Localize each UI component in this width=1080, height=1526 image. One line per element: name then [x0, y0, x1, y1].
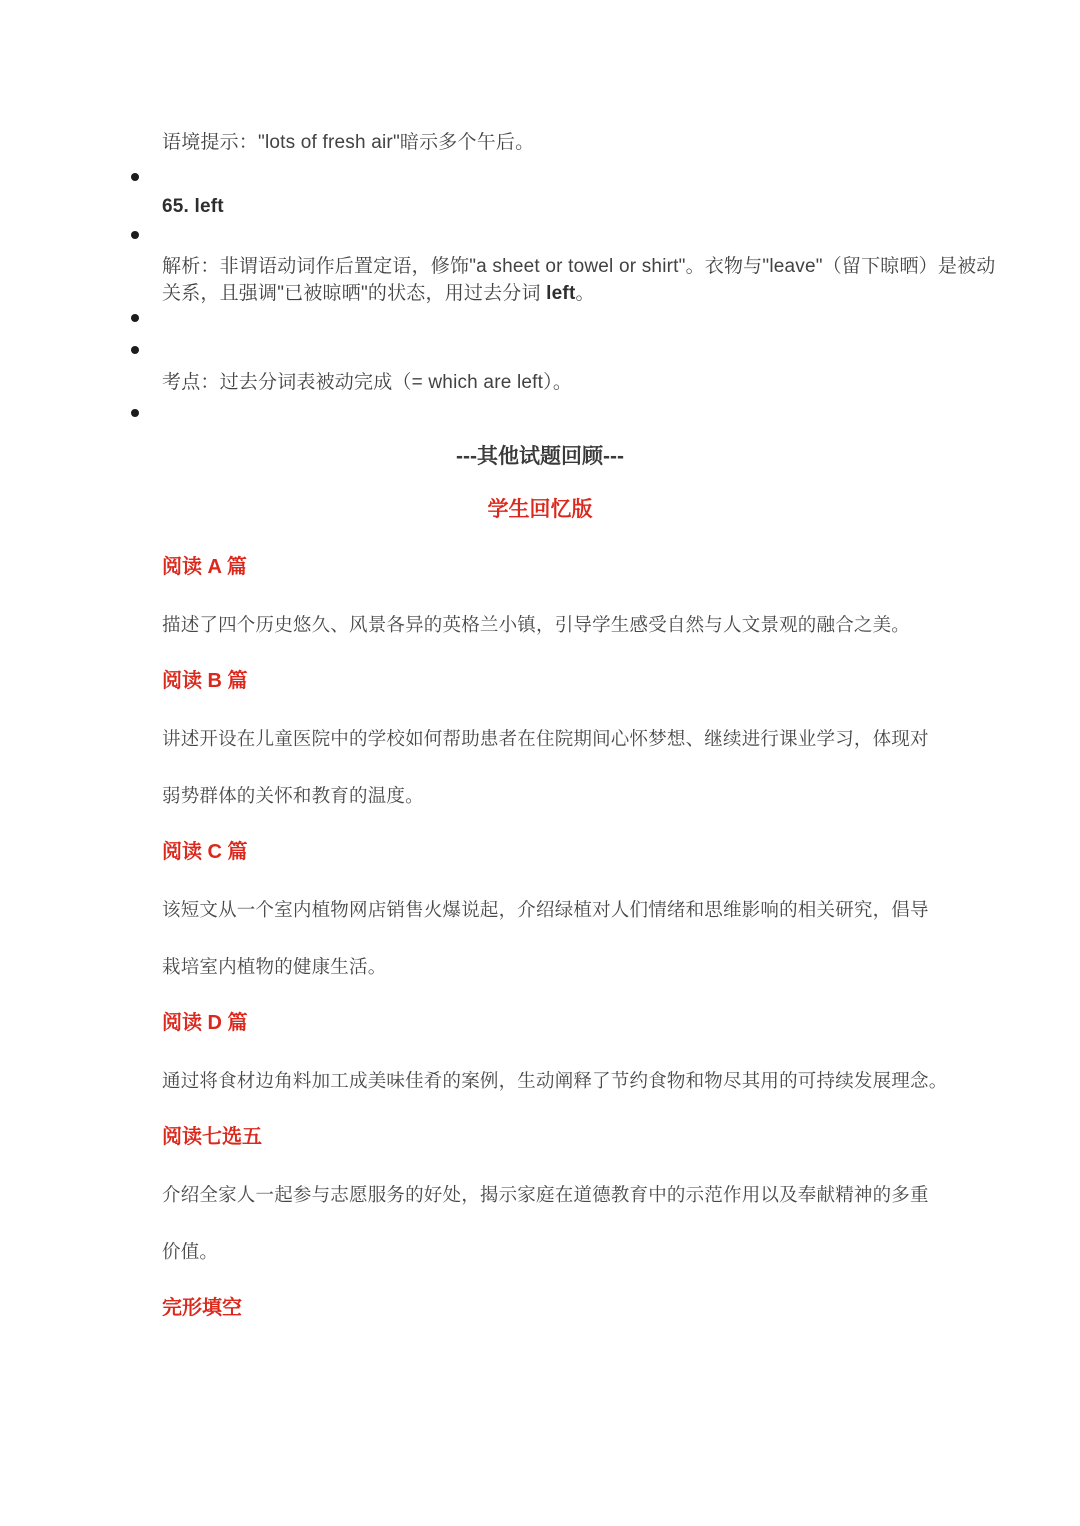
empty-list-item	[162, 173, 1060, 181]
recall-summary-line: 描述了四个历史悠久、风景各异的英格兰小镇，引导学生感受自然与人文景观的融合之美。	[162, 611, 1060, 638]
document-page: 语境提示："lots of fresh air"暗示多个午后。 65. left…	[0, 0, 1080, 1526]
answer-item-number: 65. left	[162, 193, 1060, 220]
recall-summary-line: 弱势群体的关怀和教育的温度。	[162, 782, 1060, 809]
recall-summary-line: 该短文从一个室内植物网店销售火爆说起，介绍绿植对人们情绪和思维影响的相关研究，倡…	[162, 896, 1060, 923]
analysis-line-2: 关系，且强调"已被晾晒"的状态，用过去分词 left。	[162, 280, 1060, 307]
analysis-line-2-text: 关系，且强调"已被晾晒"的状态，用过去分词	[162, 283, 546, 304]
empty-list-item	[162, 346, 1060, 354]
recall-summary-line: 通过将食材边角料加工成美味佳肴的案例，生动阐释了节约食物和物尽其用的可持续发展理…	[162, 1067, 1060, 1094]
recall-section: 阅读 A 篇描述了四个历史悠久、风景各异的英格兰小镇，引导学生感受自然与人文景观…	[162, 554, 1060, 1322]
analysis-keyword: left	[546, 283, 575, 304]
context-hint-paragraph: 语境提示："lots of fresh air"暗示多个午后。	[162, 129, 1060, 156]
recall-section-heading: 阅读七选五	[162, 1124, 1060, 1151]
empty-list-item	[162, 314, 1060, 322]
recall-summary-line: 讲述开设在儿童医院中的学校如何帮助患者在住院期间心怀梦想、继续进行课业学习，体现…	[162, 725, 1060, 752]
recall-section-heading: 完形填空	[162, 1295, 1060, 1322]
analysis-line-2-period: 。	[575, 283, 594, 304]
empty-list-item	[162, 409, 1060, 417]
recall-section-heading: 阅读 B 篇	[162, 668, 1060, 695]
empty-list-item	[162, 231, 1060, 239]
student-recall-subtitle: 学生回忆版	[20, 496, 1060, 523]
recall-section-heading: 阅读 C 篇	[162, 839, 1060, 866]
analysis-line-1: 解析：非谓语动词作后置定语，修饰"a sheet or towel or shi…	[162, 253, 1060, 280]
recall-summary-line: 价值。	[162, 1238, 1060, 1265]
bullet-icon	[131, 231, 139, 239]
bullet-icon	[131, 173, 139, 181]
recall-summary-line: 栽培室内植物的健康生活。	[162, 953, 1060, 980]
bullet-icon	[131, 314, 139, 322]
bullet-icon	[131, 409, 139, 417]
section-divider-title: ---其他试题回顾---	[20, 443, 1060, 470]
recall-section-heading: 阅读 A 篇	[162, 554, 1060, 581]
bullet-icon	[131, 346, 139, 354]
recall-section-heading: 阅读 D 篇	[162, 1010, 1060, 1037]
analysis-paragraph: 解析：非谓语动词作后置定语，修饰"a sheet or towel or shi…	[162, 253, 1060, 307]
key-point-paragraph: 考点：过去分词表被动完成（= which are left）。	[162, 369, 1060, 396]
recall-summary-line: 介绍全家人一起参与志愿服务的好处，揭示家庭在道德教育中的示范作用以及奉献精神的多…	[162, 1181, 1060, 1208]
